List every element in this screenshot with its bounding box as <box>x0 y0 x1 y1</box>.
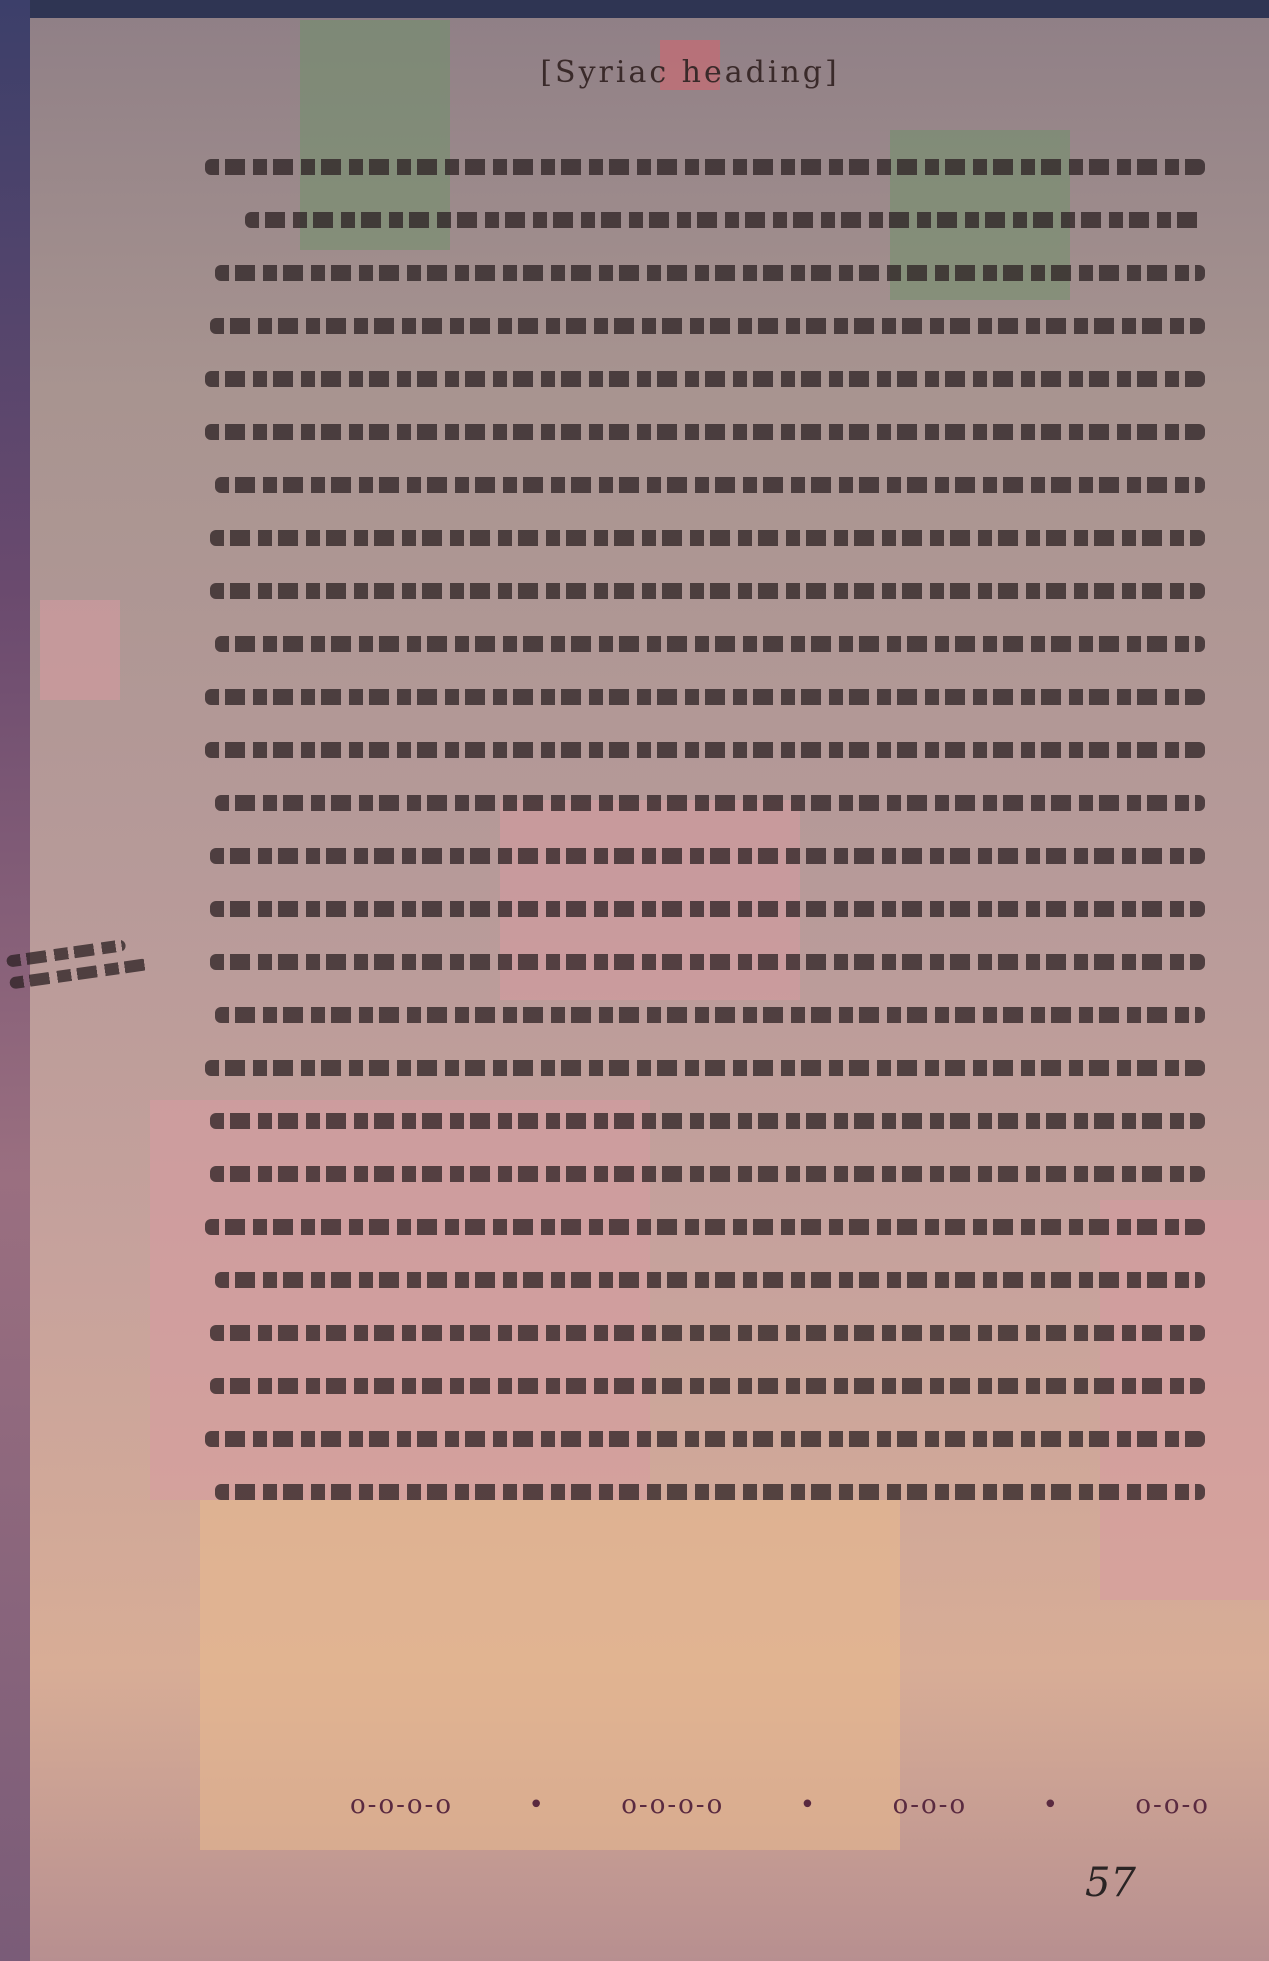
text-line <box>195 193 1205 246</box>
script-line-ink <box>215 1007 1205 1023</box>
text-line <box>195 1147 1205 1200</box>
script-line-ink <box>210 954 1205 970</box>
ornament-dot: • <box>800 1790 817 1820</box>
text-line <box>195 776 1205 829</box>
script-line-ink <box>215 795 1205 811</box>
text-line <box>195 1359 1205 1412</box>
page-top-edge <box>0 0 1269 18</box>
script-line-ink <box>205 159 1205 175</box>
script-line-ink <box>210 848 1205 864</box>
script-line-ink <box>205 689 1205 705</box>
margin-note <box>4 925 165 1035</box>
script-line-ink <box>210 1166 1205 1182</box>
manuscript-page: [Syriac heading] o-o-o-o • o-o <box>0 0 1269 1961</box>
ornament: o-o-o-o <box>621 1790 724 1820</box>
overlay-block <box>40 600 120 700</box>
script-line-ink <box>210 1325 1205 1341</box>
text-line <box>195 458 1205 511</box>
page-heading: [Syriac heading] <box>460 55 920 115</box>
text-line <box>195 829 1205 882</box>
script-line-ink <box>215 477 1205 493</box>
script-line-ink <box>215 636 1205 652</box>
script-line-ink <box>205 1219 1205 1235</box>
text-line <box>195 935 1205 988</box>
text-body <box>195 140 1205 1518</box>
text-line <box>195 617 1205 670</box>
text-line <box>195 246 1205 299</box>
text-line <box>195 882 1205 935</box>
text-line <box>195 1465 1205 1518</box>
script-line-ink <box>210 530 1205 546</box>
script-line-ink <box>215 265 1205 281</box>
ornament: o-o-o <box>1135 1790 1210 1820</box>
text-line <box>195 1412 1205 1465</box>
text-line <box>195 140 1205 193</box>
text-line <box>195 988 1205 1041</box>
text-line <box>195 564 1205 617</box>
script-line-ink <box>245 212 1205 228</box>
text-line <box>195 1041 1205 1094</box>
script-line-ink <box>215 1272 1205 1288</box>
script-line-ink <box>210 901 1205 917</box>
text-line <box>195 1094 1205 1147</box>
script-line-ink <box>205 371 1205 387</box>
text-line <box>195 352 1205 405</box>
text-line <box>195 299 1205 352</box>
script-line-ink <box>210 1378 1205 1394</box>
script-line-ink <box>210 1113 1205 1129</box>
text-line <box>195 670 1205 723</box>
text-line <box>195 1306 1205 1359</box>
ornament-dot: • <box>1043 1790 1060 1820</box>
script-line-ink <box>205 424 1205 440</box>
text-line <box>195 511 1205 564</box>
script-line-ink <box>205 1431 1205 1447</box>
page-number: 57 <box>1085 1860 1136 1906</box>
ornament-row: o-o-o-o • o-o-o-o • o-o-o • o-o-o <box>350 1790 1210 1820</box>
text-line <box>195 1253 1205 1306</box>
ornament: o-o-o-o <box>350 1790 453 1820</box>
script-line-ink <box>205 742 1205 758</box>
text-line <box>195 405 1205 458</box>
text-line <box>195 1200 1205 1253</box>
script-line-ink <box>210 318 1205 334</box>
script-line-ink <box>215 1484 1205 1500</box>
script-line-ink <box>205 1060 1205 1076</box>
ornament-dot: • <box>528 1790 545 1820</box>
script-line-ink <box>210 583 1205 599</box>
ornament: o-o-o <box>893 1790 968 1820</box>
text-line <box>195 723 1205 776</box>
